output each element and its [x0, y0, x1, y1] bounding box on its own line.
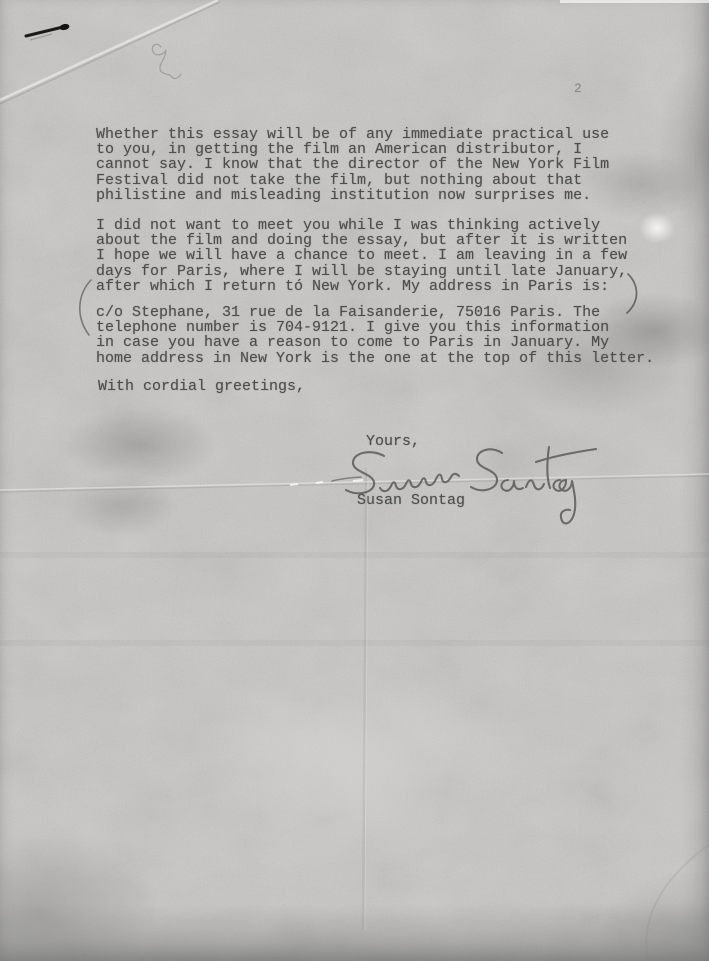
- letter-paragraph-2: I did not want to meet you while I was t…: [96, 218, 646, 294]
- closing-line: With cordial greetings,: [98, 379, 398, 394]
- letter-paragraph-1: Whether this essay will be of any immedi…: [96, 127, 636, 203]
- fold-crease-bottom-right: [646, 845, 709, 961]
- scan-edge-highlight: [560, 0, 709, 3]
- letter-paragraph-3: c/o Stephane, 31 rue de la Faisanderie, …: [96, 305, 666, 366]
- scanned-letter-page: Whether this essay will be of any immedi…: [0, 0, 709, 961]
- fold-crease-vertical: [363, 468, 368, 930]
- fold-crease-horizontal: [0, 474, 709, 492]
- typed-name: Susan Sontag: [357, 493, 517, 508]
- handwritten-open-paren: [80, 280, 91, 335]
- paper-streak: [0, 640, 709, 646]
- paper-streak: [0, 552, 709, 558]
- handwritten-dash: [332, 477, 361, 481]
- valediction: Yours,: [366, 434, 486, 449]
- staple-mark: [26, 23, 70, 40]
- signature: [346, 447, 596, 523]
- fold-crease-top-left: [0, 0, 220, 104]
- handwritten-squiggle: [152, 44, 181, 78]
- page-number: 2: [574, 81, 582, 96]
